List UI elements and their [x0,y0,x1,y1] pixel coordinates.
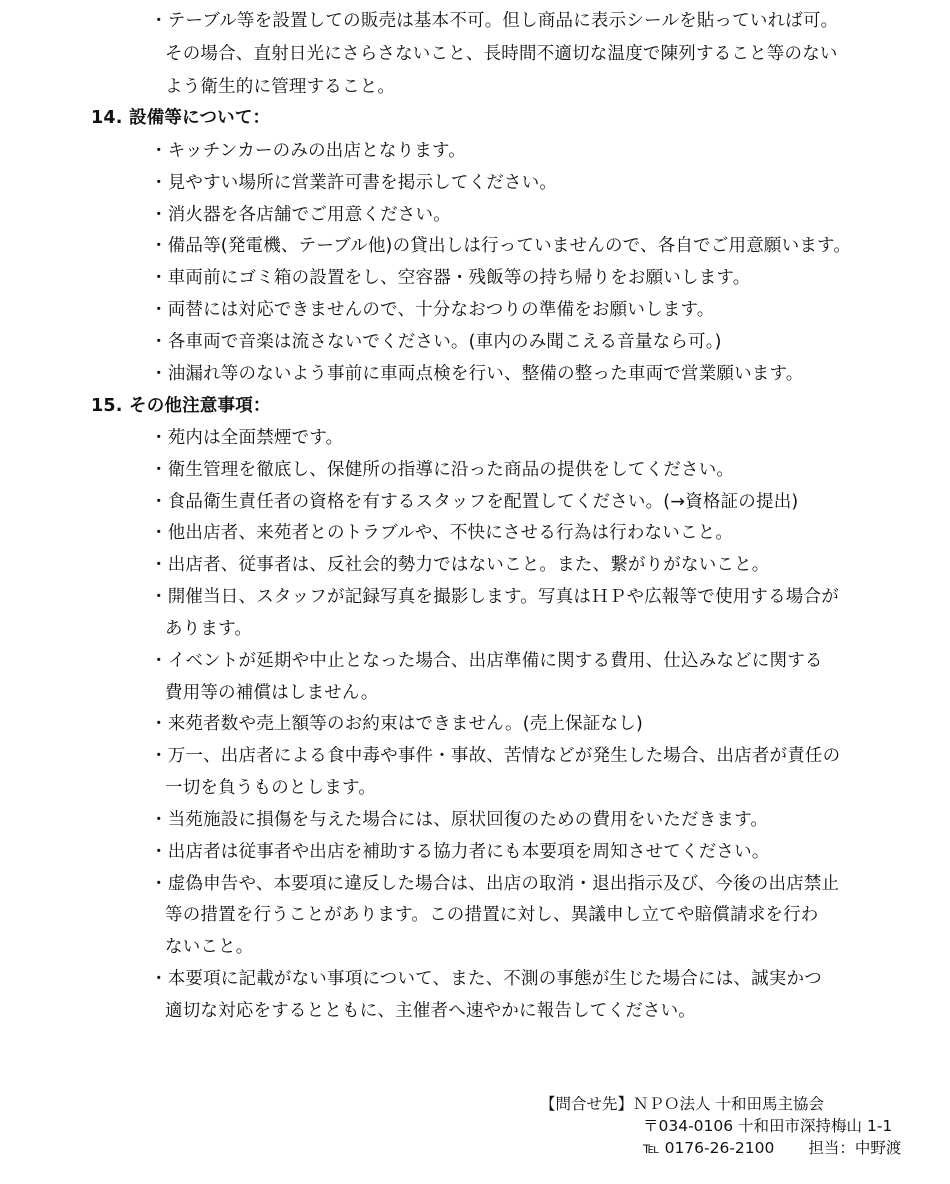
section-15-item: ・出店者、従事者は、反社会的勢力ではないこと。また、繋がりがないこと。 [150,554,770,576]
section-15-heading: 15.その他注意事項： [91,395,271,417]
section-14-item: ・見やすい場所に営業許可書を掲示してください。 [150,172,557,194]
section-14-item: ・キッチンカーのみの出店となります。 [150,140,466,162]
section-14-item: ・備品等(発電機、テーブル他)の貸出しは行っていませんので、各自でご用意願います… [150,235,851,257]
section-15-item-cont: 一切を負うものとします。 [165,777,376,799]
section-14-item: ・消火器を各店舗でご用意ください。 [150,204,451,226]
intro-line-3: よう衛生的に管理すること。 [165,76,395,98]
intro-line-1: ・テーブル等を設置しての販売は基本不可。但し商品に表示シールを貼っていれば可。 [150,10,838,32]
section-14-heading: 14.設備等について： [91,107,270,129]
section-14-title: 設備等について： [129,108,270,128]
contact-label: 【問合せ先】 [540,1095,633,1113]
section-15-title: その他注意事項： [129,396,271,416]
section-15-item: ・衛生管理を徹底し、保健所の指導に沿った商品の提供をしてください。 [150,459,734,481]
intro-line-2: その場合、直射日光にさらさないこと、長時間不適切な温度で陳列すること等のない [165,43,838,65]
section-15-item: ・食品衛生責任者の資格を有するスタッフを配置してください。(→資格証の提出) [150,491,798,513]
section-15-item: ・万一、出店者による食中毒や事件・事故、苦情などが発生した場合、出店者が責任の [150,745,840,767]
contact-org: ＮＰＯ法人 十和田馬主協会 [633,1095,824,1113]
section-15-number: 15. [91,395,129,417]
section-15-item: ・苑内は全面禁煙です。 [150,427,343,449]
section-15-item: ・本要項に記載がない事項について、また、不測の事態が生じた場合には、誠実かつ [150,968,822,990]
section-15-item-cont: 等の措置を行うことがあります。この措置に対し、異議申し立てや賠償請求を行わ [165,904,819,926]
contact-line-1: 【問合せ先】ＮＰＯ法人 十和田馬主協会 [540,1094,824,1114]
section-15-item-cont: 費用等の補償はしません。 [165,682,378,704]
section-15-item-cont: あります。 [165,618,252,640]
contact-address: 〒034-0106 十和田市深持梅山 1-1 [643,1116,892,1136]
section-14-item: ・両替には対応できませんので、十分なおつりの準備をお願いします。 [150,299,714,321]
section-14-item: ・油漏れ等のないよう事前に車両点検を行い、整備の整った車両で営業願います。 [150,363,804,385]
section-15-item-cont: 適切な対応をするとともに、主催者へ速やかに報告してください。 [165,1000,696,1022]
section-15-item: ・来苑者数や売上額等のお約束はできません。(売上保証なし) [150,713,643,735]
contact-tel: ℡ 0176-26-2100 [643,1139,774,1157]
section-14-number: 14. [91,107,129,129]
contact-line-3: ℡ 0176-26-2100担当：中野渡 [643,1138,901,1158]
section-15-item: ・開催当日、スタッフが記録写真を撮影します。写真はＨＰや広報等で使用する場合が [150,586,839,608]
section-15-item-cont: ないこと。 [165,936,254,958]
contact-person: 担当：中野渡 [808,1139,901,1157]
section-14-item: ・車両前にゴミ箱の設置をし、空容器・残飯等の持ち帰りをお願いします。 [150,267,750,289]
section-15-item: ・イベントが延期や中止となった場合、出店準備に関する費用、仕込みなどに関する [150,650,823,672]
section-14-item: ・各車両で音楽は流さないでください。(車内のみ聞こえる音量なら可。) [150,331,722,353]
section-15-item: ・他出店者、来苑者とのトラブルや、不快にさせる行為は行わないこと。 [150,522,733,544]
section-15-item: ・虚偽申告や、本要項に違反した場合は、出店の取消・退出指示及び、今後の出店禁止 [150,873,839,895]
section-15-item: ・当苑施設に損傷を与えた場合には、原状回復のための費用をいただきます。 [150,809,768,831]
section-15-item: ・出店者は従事者や出店を補助する協力者にも本要項を周知させてください。 [150,841,770,863]
